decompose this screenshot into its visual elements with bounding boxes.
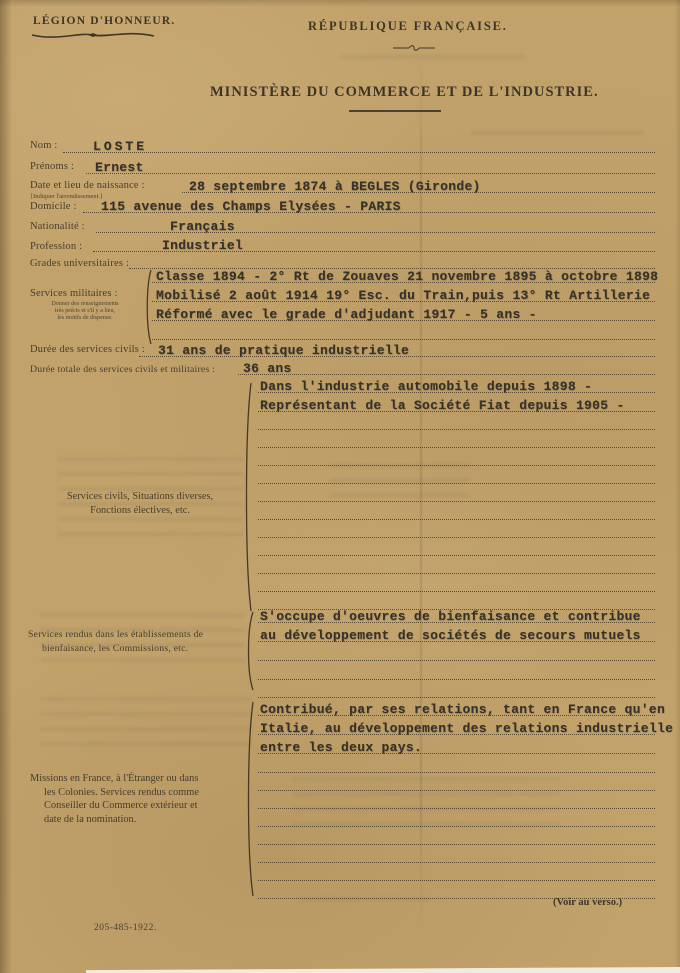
civils-blank-line (258, 412, 655, 430)
duree-civils-line: 31 ans de pratique industrielle (139, 339, 655, 357)
civils-blank-line (258, 574, 655, 592)
profession-label: Profession : (30, 241, 82, 252)
duree-civils-label: Durée des services civils : (30, 344, 145, 355)
naissance-line: 28 septembre 1874 à BEGLES (Gironde) (182, 175, 655, 193)
civils-line-2: Représentant de la Société Fiat depuis 1… (258, 394, 655, 412)
bienfaisance-value-2: au développement de sociétés de secours … (260, 628, 641, 643)
civils-blank-line (258, 556, 655, 574)
naissance-label: Date et lieu de naissance : (30, 180, 145, 191)
profession-line: Industriel (93, 234, 655, 252)
civils-blank-line (258, 538, 655, 556)
nom-label: Nom : (30, 140, 58, 151)
missions-value-1: Contribué, par ses relations, tant en Fr… (260, 702, 665, 717)
bienfaisance-brace (245, 611, 255, 691)
divider-ornament (392, 44, 436, 52)
civils-blank-line (258, 448, 655, 466)
militaires-line-4 (152, 322, 655, 340)
missions-value-2: Italie, au développement des relations i… (260, 721, 673, 736)
grades-label: Grades universitaires : (30, 258, 129, 269)
page-edge-shadow (0, 0, 12, 973)
militaires-line-1: Classe 1894 - 2° Rt de Zouaves 21 novemb… (152, 265, 655, 283)
bienfaisance-value-1: S'occupe d'oeuvres de bienfaisance et co… (260, 609, 641, 624)
civils-blank-line (258, 502, 655, 520)
missions-blank-line (258, 791, 655, 809)
missions-line-3: entre les deux pays. (258, 736, 655, 754)
missions-blank-line (258, 863, 655, 881)
nationalite-value: Français (170, 219, 235, 234)
civils-blank-line (258, 430, 655, 448)
duree-civils-value: 31 ans de pratique industrielle (158, 343, 409, 358)
bleedthrough-smudge (470, 126, 645, 135)
civils-blank-line (258, 466, 655, 484)
ministere-heading: MINISTÈRE DU COMMERCE ET DE L'INDUSTRIE. (210, 84, 599, 101)
prenoms-value: Ernest (95, 160, 144, 175)
services-civils-label: Services civils, Situations diverses, Fo… (42, 490, 238, 518)
services-civils-brace (243, 382, 253, 612)
duree-totale-value: 36 ans (243, 361, 292, 376)
flourish-ornament (30, 30, 156, 42)
militaires-value-2: Mobilisé 2 août 1914 19° Esc. du Train,p… (156, 288, 650, 303)
civils-blank-line (258, 520, 655, 538)
civils-blank-line (258, 484, 655, 502)
missions-label: Missions en France, à l'Étranger ou dans… (30, 772, 262, 826)
nationalite-line: Français (96, 215, 655, 233)
legion-honneur-heading: LÉGION D'HONNEUR. (33, 15, 175, 27)
nationalite-label: Nationalité : (30, 221, 85, 232)
services-militaires-note: Donner des renseignements très précis et… (33, 301, 137, 323)
missions-value-3: entre les deux pays. (260, 740, 422, 755)
naissance-value: 28 septembre 1874 à BEGLES (Gironde) (189, 179, 481, 194)
duree-totale-line: 36 ans (238, 357, 655, 375)
missions-line-1: Contribué, par ses relations, tant en Fr… (258, 698, 655, 716)
missions-blank-line (258, 827, 655, 845)
civils-line-1: Dans l'industrie automobile depuis 1898 … (258, 375, 655, 393)
bienfaisance-blank-line (258, 662, 655, 680)
missions-line-2: Italie, au développement des relations i… (258, 717, 655, 735)
page-edge-shadow (0, 0, 680, 7)
missions-blank-line (258, 773, 655, 791)
militaires-value-3: Réformé avec le grade d'adjudant 1917 - … (156, 307, 537, 322)
form-page: LÉGION D'HONNEUR. RÉPUBLIQUE FRANÇAISE. … (0, 0, 680, 973)
domicile-label: Domicile : (30, 201, 77, 212)
services-militaires-label: Services militaires : (30, 288, 118, 299)
bleedthrough-smudge (40, 692, 252, 748)
voir-au-verso-note: (Voir au verso.) (553, 897, 622, 908)
bienfaisance-blank-line (258, 680, 655, 698)
missions-blank-line (258, 845, 655, 863)
civils-value-2: Représentant de la Société Fiat depuis 1… (260, 398, 625, 413)
bienfaisance-line-2: au développement de sociétés de secours … (258, 624, 655, 642)
militaires-value-1: Classe 1894 - 2° Rt de Zouaves 21 novemb… (156, 269, 658, 284)
civils-value-1: Dans l'industrie automobile depuis 1898 … (260, 379, 592, 394)
bienfaisance-line-1: S'occupe d'oeuvres de bienfaisance et co… (258, 605, 655, 623)
militaires-line-2: Mobilisé 2 août 1914 19° Esc. du Train,p… (152, 284, 655, 302)
militaires-line-3: Réformé avec le grade d'adjudant 1917 - … (152, 303, 655, 321)
nom-line: LOSTE (63, 135, 655, 153)
missions-blank-line (258, 755, 655, 773)
heading-underline (349, 110, 441, 112)
bienfaisance-blank-line (258, 643, 655, 661)
nom-value: LOSTE (93, 139, 147, 154)
scanner-background (86, 967, 680, 973)
domicile-value: 115 avenue des Champs Elysées - PARIS (101, 199, 401, 214)
print-reference: 205-485-1922. (94, 923, 157, 933)
domicile-line: 115 avenue des Champs Elysées - PARIS (83, 195, 655, 213)
prenoms-label: Prénoms : (30, 161, 74, 172)
missions-blank-line (258, 809, 655, 827)
bienfaisance-label-2: bienfaisance, les Commissions, etc. (42, 643, 188, 654)
missions-brace (245, 701, 255, 897)
republique-heading: RÉPUBLIQUE FRANÇAISE. (308, 19, 508, 34)
page-edge-shadow (675, 0, 680, 973)
bienfaisance-label-1: Services rendus dans les établissements … (28, 629, 203, 640)
prenoms-line: Ernest (86, 156, 655, 174)
duree-totale-label: Durée totale des services civils et mili… (30, 364, 215, 375)
